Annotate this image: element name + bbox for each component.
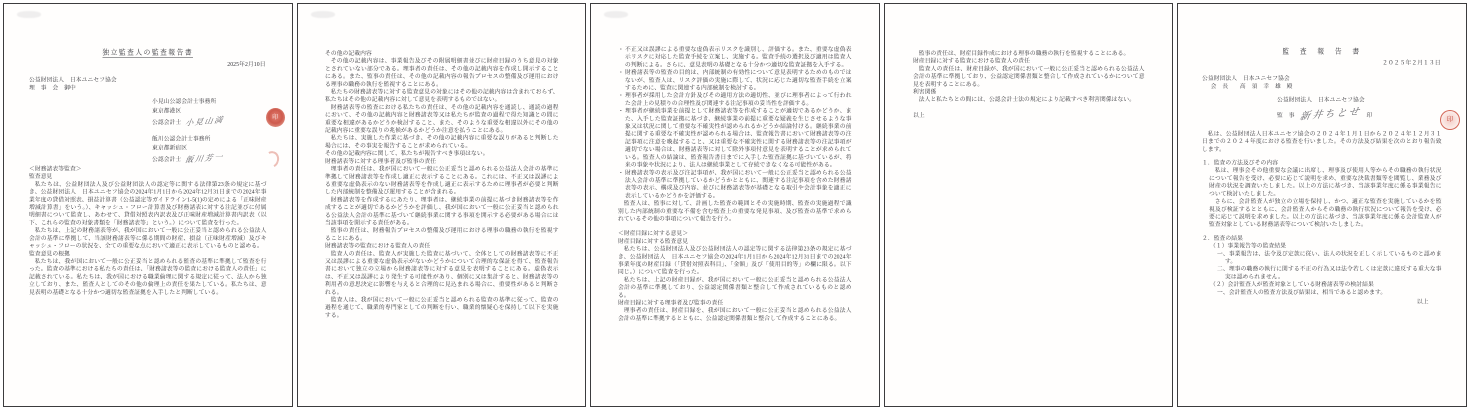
- signer2-title: 公認会計士: [152, 157, 181, 163]
- paragraph: 監事の責任は、財産目録作成における理事の職務の執行を監視することにある。: [913, 50, 1145, 58]
- signer-block: 公益財団法人 日本ユニセフ協会 監 事新井ちとせ 印: [1277, 96, 1442, 123]
- heading-inventory-opinion: 財産目録に対する監査意見: [618, 238, 852, 246]
- paragraph: 私たちは、実施した作業に基づき、その他の記載内容に重要な誤りがあると判断した場合…: [325, 135, 559, 150]
- paragraph: 法人と私たちとの間には、公認会計士法の規定により記載すべき利害関係はない。: [913, 96, 1145, 104]
- section-label-financial-statements: ＜財務諸表等監査＞: [29, 166, 267, 174]
- heading-audit-opinion: 監査意見: [29, 173, 267, 181]
- red-seal-stamp: 印: [1440, 110, 1460, 130]
- bullet-item: ・財務諸表等の表示及び注記事項が、我が国において一般に公正妥当と認められる公益法…: [618, 169, 852, 200]
- page-5-kanji-audit-report: 監 査 報 告 書 ２０２５年２月１３日 公益財団法人 日本ユニセフ協会 会 長…: [1177, 3, 1467, 407]
- heading-inventory-responsibilities: 財産目録に対する理事者及び監事の責任: [618, 300, 852, 308]
- paragraph: さらに、会計監査人が独立の立場を保持し、かつ、適正な監査を実施しているかを監視及…: [1202, 198, 1442, 229]
- section-label-property-inventory: ＜財産目録に対する意見＞: [618, 230, 852, 238]
- sub-heading: （１）事業報告等の監査結果: [1202, 243, 1442, 251]
- signer1-office: 小見山公認会計士事務所: [152, 97, 267, 106]
- paragraph: 理事者の責任は、財産目録を、我が国において一般に公正妥当と認められる公益法人会計…: [618, 307, 852, 322]
- signer2-signature: 飯川芳一: [184, 151, 225, 167]
- paragraph: その他の記載内容は、事業報告及びその附属明細書並びに財産目録のうち意見の対象とさ…: [325, 58, 559, 89]
- signer2-office: 飯川公認会計士事務所: [152, 134, 267, 143]
- report-date: ２０２５年２月１３日: [1202, 60, 1441, 68]
- bullet-text: 不正又は誤謬による重要な虚偽表示リスクを識別し、評価する。また、重要な虚偽表示リ…: [625, 46, 852, 69]
- heading-responsibilities-trustees: 財務諸表等に対する理事者及び監事の責任: [325, 158, 559, 166]
- bullet-text: 理事者が採用した会計方針及びその適用方法の適切性、並びに理事者によって行われた会…: [625, 92, 852, 107]
- paragraph: 私たちは、公益財団法人及び公益財団法人の認定等に関する法律第23条の規定に基づき…: [29, 181, 267, 227]
- paragraph: 私たちは、上記の財務諸表等が、我が国において一般に公正妥当と認められる公益法人会…: [29, 227, 267, 250]
- heading-other-information: その他の記載内容: [325, 50, 559, 58]
- list-heading-method: １．監査の方法及びその内容: [1202, 160, 1442, 168]
- page-title: 独立監査人の監査報告書: [29, 48, 267, 58]
- addressee-org: 公益財団法人 日本ユニセフ協会: [1202, 75, 1442, 83]
- seal-glyph: 印: [272, 115, 278, 121]
- paragraph: 監査人の責任は、財産目録が、我が国において一般に公正妥当と認められる公益法人会計…: [913, 65, 1145, 88]
- addressee-line: 会 長 高 須 幸 雄 殿: [1202, 83, 1442, 91]
- bullet-text: 財務諸表等の表示及び注記事項が、我が国において一般に公正妥当と認められる公益法人…: [625, 169, 852, 200]
- signer1-title-line: 公認会計士小見山満: [152, 116, 267, 129]
- red-seal-stamp: 印: [266, 108, 285, 127]
- paragraph: 私たちの財務諸表等に対する監査意見の対象にはその他の記載内容は含まれておらず、私…: [325, 89, 559, 104]
- paragraph: 財務諸表等の監査における私たちの責任は、その他の記載内容を通読し、通読の過程にお…: [325, 104, 559, 135]
- heading-basis-for-opinion: 監査意見の根拠: [29, 250, 267, 258]
- paragraph: 監査人は、監事に対して、計画した監査の範囲とその実施時期、監査の実施過程で識別し…: [618, 200, 852, 223]
- list-heading-results: ２．監査の結果: [1202, 235, 1442, 243]
- signer1-signature: 小見山満: [184, 114, 225, 130]
- signer-block-1: 小見山公認会計士事務所 東京都港区 公認会計士小見山満 飯川公認会計士事務所 東…: [152, 97, 267, 165]
- paragraph: 財務諸表等を作成するにあたり、理事者は、継続事業の前提に基づき財務諸表等を作成す…: [325, 196, 559, 227]
- paragraph: 監査人の責任は、監査人が実施した監査に基づいて、全体としての財務諸表等に不正又は…: [325, 250, 559, 296]
- result-item: 一、事業報告は、法令及び定款に従い、法人の状況を正しく示しているものと認めます。: [1202, 250, 1442, 265]
- bullet-item: ・理事者が採用した会計方針及びその適用方法の適切性、並びに理事者によって行われた…: [618, 92, 852, 107]
- paragraph: 理事者の責任は、我が国において一般に公正妥当と認められる公益法人会計の基準に準拠…: [325, 166, 559, 197]
- signer-role-line: 監 事新井ちとせ 印: [1277, 105, 1442, 122]
- result-item: 二、理事の職務の執行に関する不正の行為又は法令若しくは定款に違反する重大な事実は…: [1202, 266, 1442, 281]
- seal-label: 印: [1367, 112, 1373, 118]
- bullet-item: ・理事者が継続事業を前提として財務諸表等を作成することが適切であるかどうか、また…: [618, 108, 852, 170]
- paragraph: その他の記載内容に関して、私たちが報告すべき事項はない。: [325, 150, 559, 158]
- document-viewer: 独立監査人の監査報告書 2025年2月10日 公益財団法人 日本ユニセフ協会 理…: [0, 0, 1470, 410]
- page-1-auditors-report: 独立監査人の監査報告書 2025年2月10日 公益財団法人 日本ユニセフ協会 理…: [3, 3, 293, 407]
- addressee-org: 公益財団法人 日本ユニセフ協会: [29, 77, 267, 85]
- heading-auditor-responsibilities: 財務諸表等の監査における監査人の責任: [325, 243, 559, 251]
- page-4-interest-relationship: 監事の責任は、財産目録作成における理事の職務の執行を監視することにある。 財産目…: [884, 3, 1174, 407]
- signer-signature: 新井ちとせ: [1299, 103, 1363, 125]
- paragraph: 私は、理事会その他重要な会議に出席し、理事及び使用人等からその職務の執行状況につ…: [1202, 167, 1442, 198]
- paragraph: 私たちは、我が国において一般に公正妥当と認められる監査の基準に準拠して監査を行っ…: [29, 258, 267, 297]
- signer1-title: 公認会計士: [152, 120, 181, 126]
- seal-glyph: 印: [1447, 117, 1454, 124]
- signer2-title-line: 公認会計士飯川芳一: [152, 153, 267, 166]
- paragraph: 私は、公益財団法人日本ユニセフ協会の２０２４年１月１日から２０２４年１２月３１日…: [1202, 130, 1442, 153]
- paragraph: 監査人は、我が国において一般に公正妥当と認められる監査の基準に従って、監査の過程…: [325, 297, 559, 320]
- result-item: 一、会計監査人の監査方法及び結果は、相当であると認めます。: [1202, 289, 1442, 297]
- heading-inventory-auditor-responsibility: 財産目録に対する監査における監査人の責任: [913, 58, 1145, 66]
- bullet-item: ・不正又は誤謬による重要な虚偽表示リスクを識別し、評価する。また、重要な虚偽表示…: [618, 46, 852, 69]
- closing-ijou: 以上: [1202, 298, 1429, 306]
- closing-ijou: 以上: [913, 112, 1145, 120]
- sub-heading: （２）会計監査人が監査対象としている財務諸表等の検討結果: [1202, 281, 1442, 289]
- bullet-item: ・財務諸表等の監査の目的は、内部統制の有効性について意見表明するためのものではな…: [618, 69, 852, 92]
- page-3-procedures-and-property-inventory: ・不正又は誤謬による重要な虚偽表示リスクを識別し、評価する。また、重要な虚偽表示…: [590, 3, 880, 407]
- page-2-other-information: その他の記載内容 その他の記載内容は、事業報告及びその附属明細書並びに財産目録の…: [297, 3, 587, 407]
- report-date: 2025年2月10日: [29, 61, 266, 69]
- paragraph: 私たちは、公益財団法人及び公益財団法人の認定等に関する法律第23条の規定に基づき…: [618, 246, 852, 277]
- paragraph: 私たちは、上記の財産目録が、我が国において一般に公正妥当と認められる公益法人会計…: [618, 276, 852, 299]
- page-title: 監 査 報 告 書: [1202, 47, 1442, 57]
- heading-interest-relationship: 利害関係: [913, 89, 1145, 97]
- bullet-text: 財務諸表等の監査の目的は、内部統制の有効性について意見表明するためのものではない…: [625, 69, 852, 92]
- addressee-line: 理 事 会 御中: [29, 84, 267, 92]
- signer-role: 監 事: [1277, 112, 1295, 118]
- paragraph: 監事の責任は、財務報告プロセスの整備及び運用における理事の職務の執行を監視するこ…: [325, 227, 559, 242]
- bullet-text: 理事者が継続事業を前提として財務諸表等を作成することが適切であるかどうか、また、…: [625, 108, 852, 170]
